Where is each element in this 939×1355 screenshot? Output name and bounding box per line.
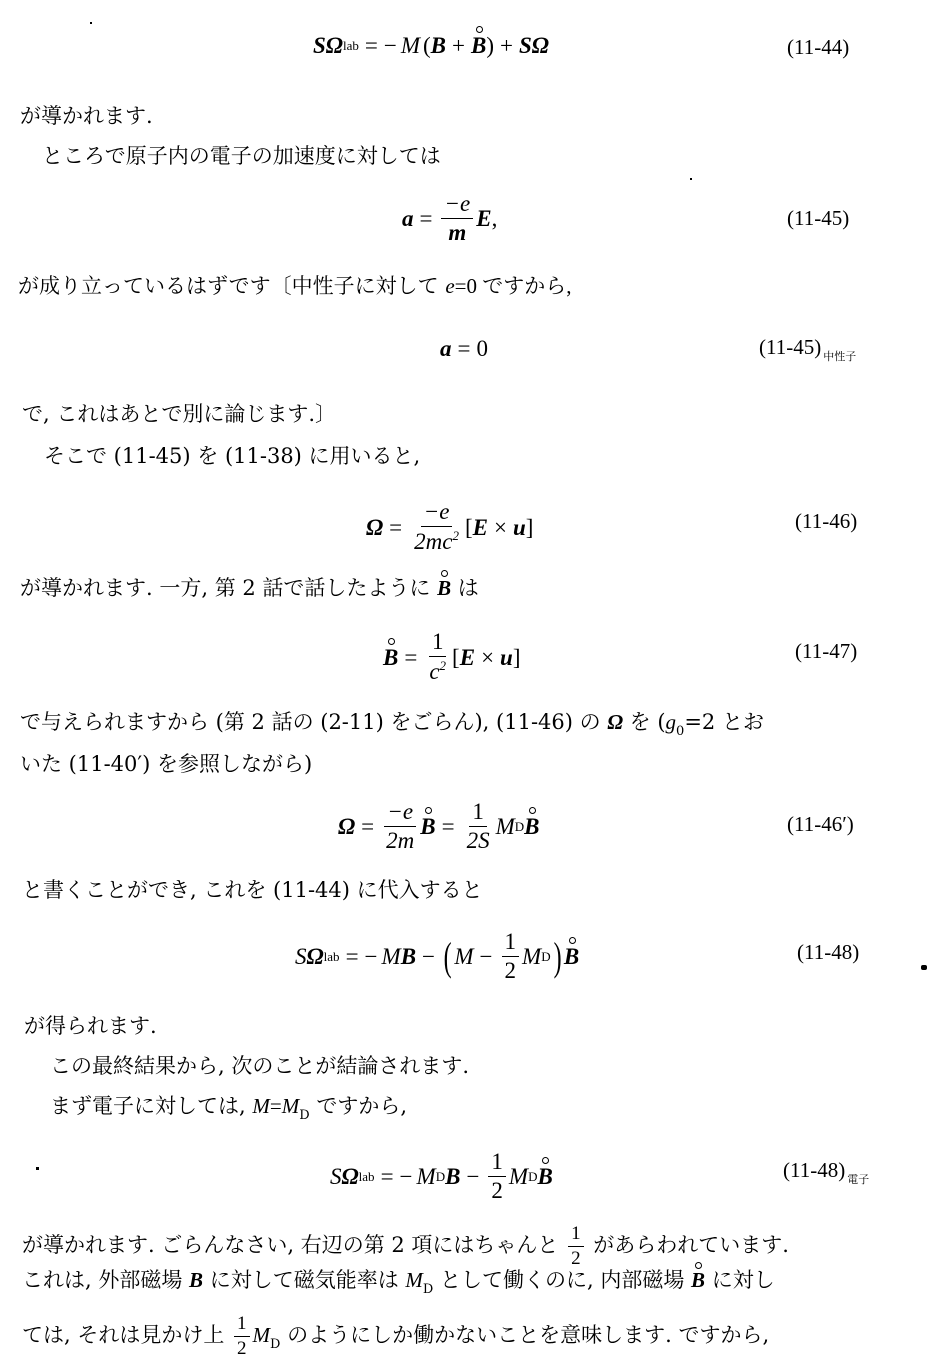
op-equals: =	[420, 207, 433, 230]
denominator: c2	[426, 657, 449, 684]
scan-speck	[921, 965, 927, 970]
scan-speck	[690, 178, 692, 180]
text: と書くことができ, これを (11-44) に代入すると	[22, 878, 483, 902]
sym-omega: Ω	[342, 1165, 359, 1188]
bracket: [	[452, 646, 460, 669]
sym-e: E	[476, 207, 491, 230]
op-times: ×	[494, 516, 507, 539]
sym-omega: Ω	[607, 710, 623, 734]
sym-m: M	[252, 1094, 270, 1118]
fraction: 12S	[464, 800, 493, 853]
op-minus: −	[400, 1165, 413, 1188]
numerator: −e	[384, 800, 416, 827]
equation-11-45-neutron: a = 0	[440, 337, 488, 360]
zero: 0	[476, 337, 488, 360]
sym-b: B	[189, 1268, 203, 1292]
sym-b-ring: B	[383, 646, 398, 669]
sym-s: S	[313, 34, 326, 57]
fraction: 12	[568, 1224, 584, 1269]
sym-a: a	[402, 207, 414, 230]
text: この最終結果から, 次のことが結論されます.	[50, 1054, 469, 1078]
eqno-subscript: 中性子	[823, 351, 856, 363]
text: いた (11-40′) を参照しながら)	[20, 752, 312, 776]
paragraph-line: と書くことができ, これを (11-44) に代入すると	[22, 880, 483, 901]
denominator: 2m	[383, 827, 417, 853]
paren: (	[423, 34, 431, 57]
text: ところで原子内の電子の加速度に対しては	[42, 144, 441, 168]
text: を (	[623, 710, 666, 734]
text: ですから,	[310, 1094, 407, 1118]
eqno-subscript: 電子	[847, 1174, 869, 1186]
equation-number: (11-46)	[795, 511, 857, 532]
paragraph-line: この最終結果から, 次のことが結論されます.	[50, 1056, 469, 1077]
equation-number: (11-45)中性子	[759, 337, 856, 363]
sym-m: M	[405, 1268, 423, 1292]
text: が得られます.	[24, 1014, 157, 1038]
equation-number: (11-45)	[787, 208, 849, 229]
text: が導かれます. 一方, 第 2 話で話したように	[20, 576, 437, 600]
eqno-text: (11-46)	[795, 509, 857, 533]
text: として働くのに, 内部磁場	[433, 1268, 691, 1292]
m: m	[426, 529, 443, 554]
denominator: 2	[488, 1177, 506, 1203]
text: が導かれます.	[20, 104, 153, 128]
op-equals: =	[458, 337, 471, 360]
comma: ,	[492, 207, 498, 230]
sym-m: M	[401, 34, 420, 57]
text: ては, それは見かけ上	[22, 1323, 231, 1347]
equation-11-47: B = 1c2 [E × u]	[383, 630, 521, 684]
sym-m: M	[282, 1094, 300, 1118]
sym-a: a	[440, 337, 452, 360]
sym-u: u	[500, 646, 513, 669]
denominator: 2S	[464, 827, 493, 853]
numerator: 1	[429, 630, 447, 657]
sym-b-ring: B	[691, 1270, 705, 1291]
eqno-text: (11-47)	[795, 639, 857, 663]
paragraph-line: が導かれます.	[20, 106, 153, 127]
sym-b: B	[445, 1165, 460, 1188]
sub-lab: lab	[343, 39, 359, 52]
fraction: −e2mc2	[411, 500, 462, 554]
var-g: g	[666, 710, 677, 734]
sym-s: S	[330, 1165, 342, 1188]
numerator: 1	[488, 1150, 506, 1177]
equation-11-48-electron: SΩlab = − MDB − 12 MDB	[330, 1150, 553, 1203]
op-equals: =	[361, 815, 374, 838]
op-minus: −	[480, 945, 493, 968]
op-minus: −	[365, 945, 378, 968]
denominator: 2	[234, 1337, 250, 1355]
sup-2: 2	[453, 528, 460, 543]
paragraph-line: が導かれます. ごらんなさい, 右辺の第 2 項にはちゃんと 12 があらわれて…	[22, 1224, 789, 1269]
op-equals: =	[346, 945, 359, 968]
paren: )	[486, 34, 494, 57]
sym-b-ring: B	[437, 578, 451, 599]
text: これは, 外部磁場	[22, 1268, 189, 1292]
op-minus: −	[422, 945, 435, 968]
fraction: −e2m	[383, 800, 417, 853]
paragraph-line: で, これはあとで別に論じます.〕	[22, 404, 336, 425]
paragraph-line: いた (11-40′) を参照しながら)	[20, 754, 312, 775]
text: のようにしか働かないことを意味します. ですから,	[280, 1323, 769, 1347]
eqno-text: (11-44)	[787, 35, 849, 59]
sub-d: D	[423, 1282, 433, 1297]
denominator: m	[445, 219, 469, 245]
sym-u: u	[513, 516, 526, 539]
op-plus: +	[500, 34, 513, 57]
fraction: 12	[488, 1150, 506, 1203]
sym-e: E	[460, 646, 475, 669]
sub-lab: lab	[359, 1170, 375, 1183]
scan-speck	[90, 22, 92, 24]
text: に対し	[705, 1268, 775, 1292]
text: は	[451, 576, 479, 600]
paragraph-line: で与えられますから (第 2 話の (2-11) をごらん), (11-46) …	[20, 712, 764, 738]
paragraph-line: そこで (11-45) を (11-38) に用いると,	[44, 446, 420, 467]
sub-d: D	[541, 950, 550, 963]
sym-omega: Ω	[338, 815, 355, 838]
op-minus: −	[466, 1165, 479, 1188]
paragraph-line: が成り立っているはずです〔中性子に対して e=0 ですから,	[18, 276, 571, 297]
equation-number: (11-47)	[795, 641, 857, 662]
sym-omega: Ω	[326, 34, 343, 57]
sym-m: M	[509, 1165, 528, 1188]
sym-b-ring: B	[471, 34, 486, 57]
eqno-text: (11-45)	[787, 206, 849, 230]
sym-omega: Ω	[366, 516, 383, 539]
text: =2 とお	[684, 710, 764, 734]
eqno-text: (11-45)	[759, 335, 821, 359]
denominator: 2	[502, 957, 520, 983]
sym-m: M	[253, 1323, 271, 1347]
equation-11-45: a = −em E,	[402, 192, 497, 245]
text: そこで (11-45) を (11-38) に用いると,	[44, 444, 420, 468]
op-equals: =	[442, 815, 455, 838]
sym-m: M	[454, 945, 473, 968]
paragraph-line: まず電子に対しては, M=MD ですから,	[50, 1096, 407, 1122]
equation-number: (11-48)	[797, 942, 859, 963]
denominator: 2mc2	[411, 527, 462, 554]
sym-m: M	[382, 945, 401, 968]
sub-lab: lab	[324, 950, 340, 963]
equation-number: (11-46′)	[787, 814, 854, 835]
bracket: ]	[526, 516, 534, 539]
bracket: ]	[513, 646, 521, 669]
eqno-text: (11-48)	[783, 1158, 845, 1182]
numerator: 1	[234, 1314, 250, 1337]
op-plus: +	[452, 34, 465, 57]
scan-speck	[36, 1167, 39, 1170]
numerator: 1	[568, 1224, 584, 1247]
sym-b-ring: B	[524, 815, 539, 838]
equation-number: (11-44)	[787, 37, 849, 58]
sym-s: S	[519, 34, 532, 57]
eqno-text: (11-48)	[797, 940, 859, 964]
sym-b-ring: B	[537, 1165, 552, 1188]
bracket: [	[465, 516, 473, 539]
text: に対して磁気能率は	[203, 1268, 405, 1292]
numerator: −e	[421, 500, 453, 527]
text: まず電子に対しては,	[50, 1094, 252, 1118]
sym-m: M	[496, 815, 515, 838]
fraction: 12	[234, 1314, 250, 1355]
sub-d: D	[515, 820, 524, 833]
op-minus: −	[384, 34, 397, 57]
c: c	[442, 529, 452, 554]
sym-b-ring: B	[564, 945, 579, 968]
paragraph-line: が得られます.	[24, 1016, 157, 1037]
equation-11-44: SΩlab = − M (B + B) + SΩ	[313, 34, 549, 57]
fraction: −em	[441, 192, 473, 245]
paragraph-line: ところで原子内の電子の加速度に対しては	[42, 146, 441, 167]
sym-b-ring: B	[420, 815, 435, 838]
equation-11-46-prime: Ω = −e2m B = 12S MDB	[338, 800, 540, 853]
sub-d: D	[436, 1170, 445, 1183]
numerator: 1	[469, 800, 487, 827]
op-equals: =	[404, 646, 417, 669]
big-paren: )	[553, 937, 561, 977]
sym-omega: Ω	[307, 945, 324, 968]
sym-e: E	[473, 516, 488, 539]
op-equals: =	[381, 1165, 394, 1188]
c: c	[429, 659, 439, 684]
text: で与えられますから (第 2 話の (2-11) をごらん), (11-46) …	[20, 710, 607, 734]
text: で, これはあとで別に論じます.〕	[22, 402, 336, 426]
sub-d: D	[270, 1337, 280, 1352]
sym-m: M	[417, 1165, 436, 1188]
sub-d: D	[299, 1108, 309, 1123]
sym-m: M	[522, 945, 541, 968]
sym-b: B	[431, 34, 446, 57]
op-equals: =	[389, 516, 402, 539]
op-equals: =	[365, 34, 378, 57]
denominator: 2	[568, 1247, 584, 1269]
eqno-text: (11-46′)	[787, 812, 854, 836]
equation-11-46: Ω = −e2mc2 [E × u]	[366, 500, 533, 554]
sup-2: 2	[440, 658, 447, 673]
paragraph-line: これは, 外部磁場 B に対して磁気能率は MD として働くのに, 内部磁場 B…	[22, 1270, 775, 1296]
op-times: ×	[481, 646, 494, 669]
big-paren: (	[444, 937, 452, 977]
sym-s: S	[295, 945, 307, 968]
equation-11-48: SΩlab = − MB − ( M − 12 MD )B	[295, 930, 579, 983]
op-equals: =	[270, 1094, 282, 1118]
var-e: e	[445, 274, 454, 298]
two: 2	[414, 529, 426, 554]
sym-b: B	[401, 945, 416, 968]
text: が導かれます. ごらんなさい, 右辺の第 2 項にはちゃんと	[22, 1233, 565, 1257]
fraction: 12	[502, 930, 520, 983]
fraction: 1c2	[426, 630, 449, 684]
sym-omega: Ω	[532, 34, 549, 57]
text: が成り立っているはずです〔中性子に対して	[18, 274, 445, 298]
paragraph-line: ては, それは見かけ上 12MD のようにしか働かないことを意味します. ですか…	[22, 1314, 769, 1355]
numerator: 1	[502, 930, 520, 957]
text: があらわれています.	[587, 1233, 789, 1257]
equation-number: (11-48)電子	[783, 1160, 869, 1186]
text: =0 ですから,	[455, 274, 572, 298]
paragraph-line: が導かれます. 一方, 第 2 話で話したように B は	[20, 578, 479, 599]
numerator: −e	[441, 192, 473, 219]
